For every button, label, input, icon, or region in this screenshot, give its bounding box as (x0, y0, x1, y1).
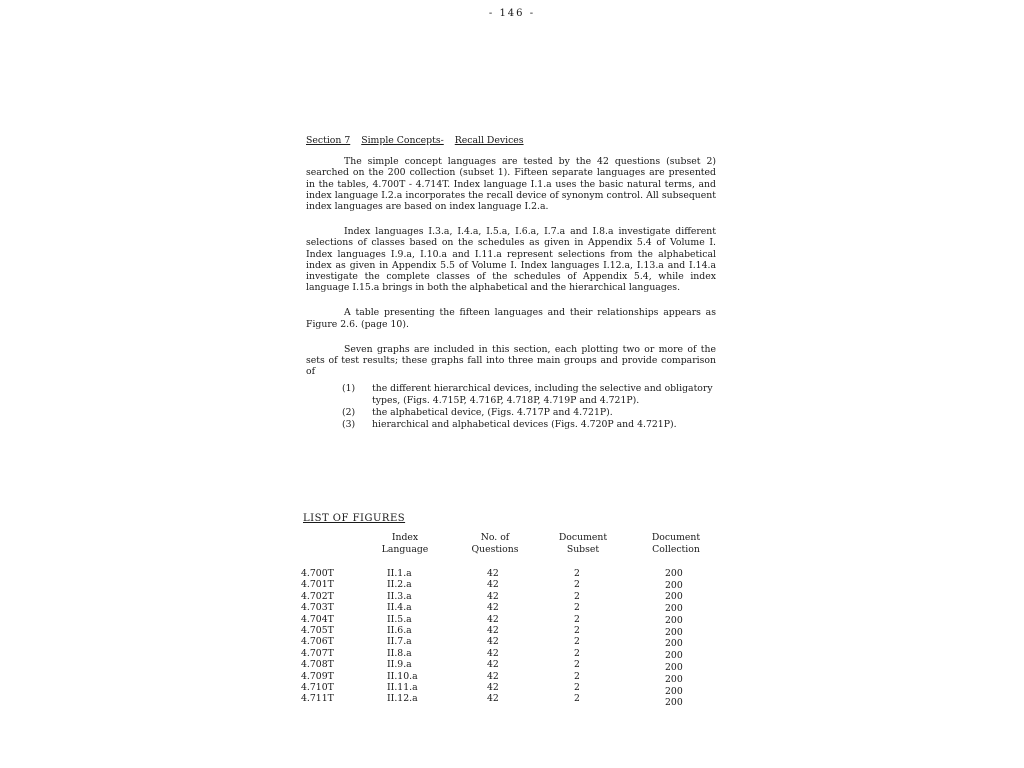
cell-questions: 42 (487, 625, 499, 636)
header-line: Language (380, 544, 430, 556)
paragraph: A table presenting the fifteen languages… (306, 307, 716, 329)
cell-figure: 4.710T (301, 682, 334, 693)
cell-subset: 2 (574, 671, 580, 682)
paragraph: Seven graphs are included in this sectio… (306, 344, 716, 378)
header-line: Questions (467, 544, 523, 556)
header-line: No. of (467, 532, 523, 544)
header-line: Document (646, 532, 706, 544)
cell-language: II.9.a (387, 659, 412, 670)
cell-questions: 42 (487, 614, 499, 625)
table-row: 4.710TII.11.a422200 (0, 682, 1024, 694)
list-of-figures-title: LIST OF FIGURES (303, 513, 405, 524)
table-row: 4.705TII.6.a422200 (0, 625, 1024, 637)
comparison-list: (1)the different hierarchical devices, i… (342, 383, 716, 430)
cell-language: II.3.a (387, 591, 412, 602)
cell-subset: 2 (574, 614, 580, 625)
paragraph: Index languages I.3.a, I.4.a, I.5.a, I.6… (306, 226, 716, 293)
header-line: Document (554, 532, 612, 544)
section-label: Section 7 (306, 135, 350, 146)
cell-language: II.4.a (387, 602, 412, 613)
cell-subset: 2 (574, 625, 580, 636)
cell-subset: 2 (574, 579, 580, 590)
cell-figure: 4.703T (301, 602, 334, 613)
cell-figure: 4.701T (301, 579, 334, 590)
cell-figure: 4.706T (301, 636, 334, 647)
cell-language: II.7.a (387, 636, 412, 647)
page-number: - 146 - (0, 8, 1024, 19)
header-subset: Document Subset (554, 532, 612, 555)
header-line: Collection (646, 544, 706, 556)
table-row: 4.707TII.8.a422200 (0, 648, 1024, 660)
table-row: 4.701TII.2.a422200 (0, 579, 1024, 591)
cell-figure: 4.707T (301, 648, 334, 659)
table-row: 4.711TII.12.a422200 (0, 693, 1024, 705)
list-number: (1) (342, 383, 355, 394)
cell-collection: 200 (665, 591, 683, 602)
cell-questions: 42 (487, 602, 499, 613)
section-heading: Section 7 Simple Concepts- Recall Device… (306, 135, 716, 146)
cell-figure: 4.704T (301, 614, 334, 625)
cell-collection: 200 (665, 603, 683, 614)
cell-language: II.11.a (387, 682, 418, 693)
header-questions: No. of Questions (467, 532, 523, 555)
cell-figure: 4.709T (301, 671, 334, 682)
body-text: Section 7 Simple Concepts- Recall Device… (306, 135, 716, 431)
table-row: 4.702TII.3.a422200 (0, 591, 1024, 603)
cell-language: II.6.a (387, 625, 412, 636)
cell-subset: 2 (574, 568, 580, 579)
cell-collection: 200 (665, 580, 683, 591)
cell-figure: 4.711T (301, 693, 334, 704)
list-text: the different hierarchical devices, incl… (372, 383, 713, 405)
table-row: 4.704TII.5.a422200 (0, 614, 1024, 626)
cell-language: II.1.a (387, 568, 412, 579)
list-text: the alphabetical device, (Figs. 4.717P a… (372, 407, 613, 418)
cell-language: II.10.a (387, 671, 418, 682)
table-row: 4.700TII.1.a422200 (0, 568, 1024, 580)
cell-questions: 42 (487, 671, 499, 682)
cell-questions: 42 (487, 568, 499, 579)
paragraph: The simple concept languages are tested … (306, 156, 716, 212)
cell-subset: 2 (574, 659, 580, 670)
table-row: 4.703TII.4.a422200 (0, 602, 1024, 614)
header-collection: Document Collection (646, 532, 706, 555)
cell-language: II.2.a (387, 579, 412, 590)
list-item: (2)the alphabetical device, (Figs. 4.717… (342, 407, 716, 418)
list-number: (3) (342, 419, 355, 430)
cell-subset: 2 (574, 693, 580, 704)
list-number: (2) (342, 407, 355, 418)
table-row: 4.706TII.7.a422200 (0, 636, 1024, 648)
header-index-language: Index Language (380, 532, 430, 555)
list-item: (3)hierarchical and alphabetical devices… (342, 419, 716, 430)
cell-subset: 2 (574, 648, 580, 659)
cell-figure: 4.708T (301, 659, 334, 670)
cell-language: II.5.a (387, 614, 412, 625)
cell-language: II.12.a (387, 693, 418, 704)
list-item: (1)the different hierarchical devices, i… (342, 383, 716, 405)
table-row: 4.708TII.9.a422200 (0, 659, 1024, 671)
section-subtitle: Recall Devices (455, 135, 524, 146)
cell-subset: 2 (574, 682, 580, 693)
cell-language: II.8.a (387, 648, 412, 659)
header-line: Subset (554, 544, 612, 556)
cell-questions: 42 (487, 591, 499, 602)
section-title: Simple Concepts- (361, 135, 444, 146)
cell-figure: 4.700T (301, 568, 334, 579)
cell-figure: 4.705T (301, 625, 334, 636)
cell-questions: 42 (487, 579, 499, 590)
cell-figure: 4.702T (301, 591, 334, 602)
list-text: hierarchical and alphabetical devices (F… (372, 419, 677, 430)
cell-questions: 42 (487, 648, 499, 659)
cell-subset: 2 (574, 636, 580, 647)
header-line: Index (380, 532, 430, 544)
cell-questions: 42 (487, 682, 499, 693)
cell-subset: 2 (574, 591, 580, 602)
cell-questions: 42 (487, 693, 499, 704)
cell-collection: 200 (665, 697, 683, 708)
cell-collection: 200 (665, 568, 683, 579)
cell-subset: 2 (574, 602, 580, 613)
cell-questions: 42 (487, 636, 499, 647)
cell-questions: 42 (487, 659, 499, 670)
table-row: 4.709TII.10.a422200 (0, 671, 1024, 683)
